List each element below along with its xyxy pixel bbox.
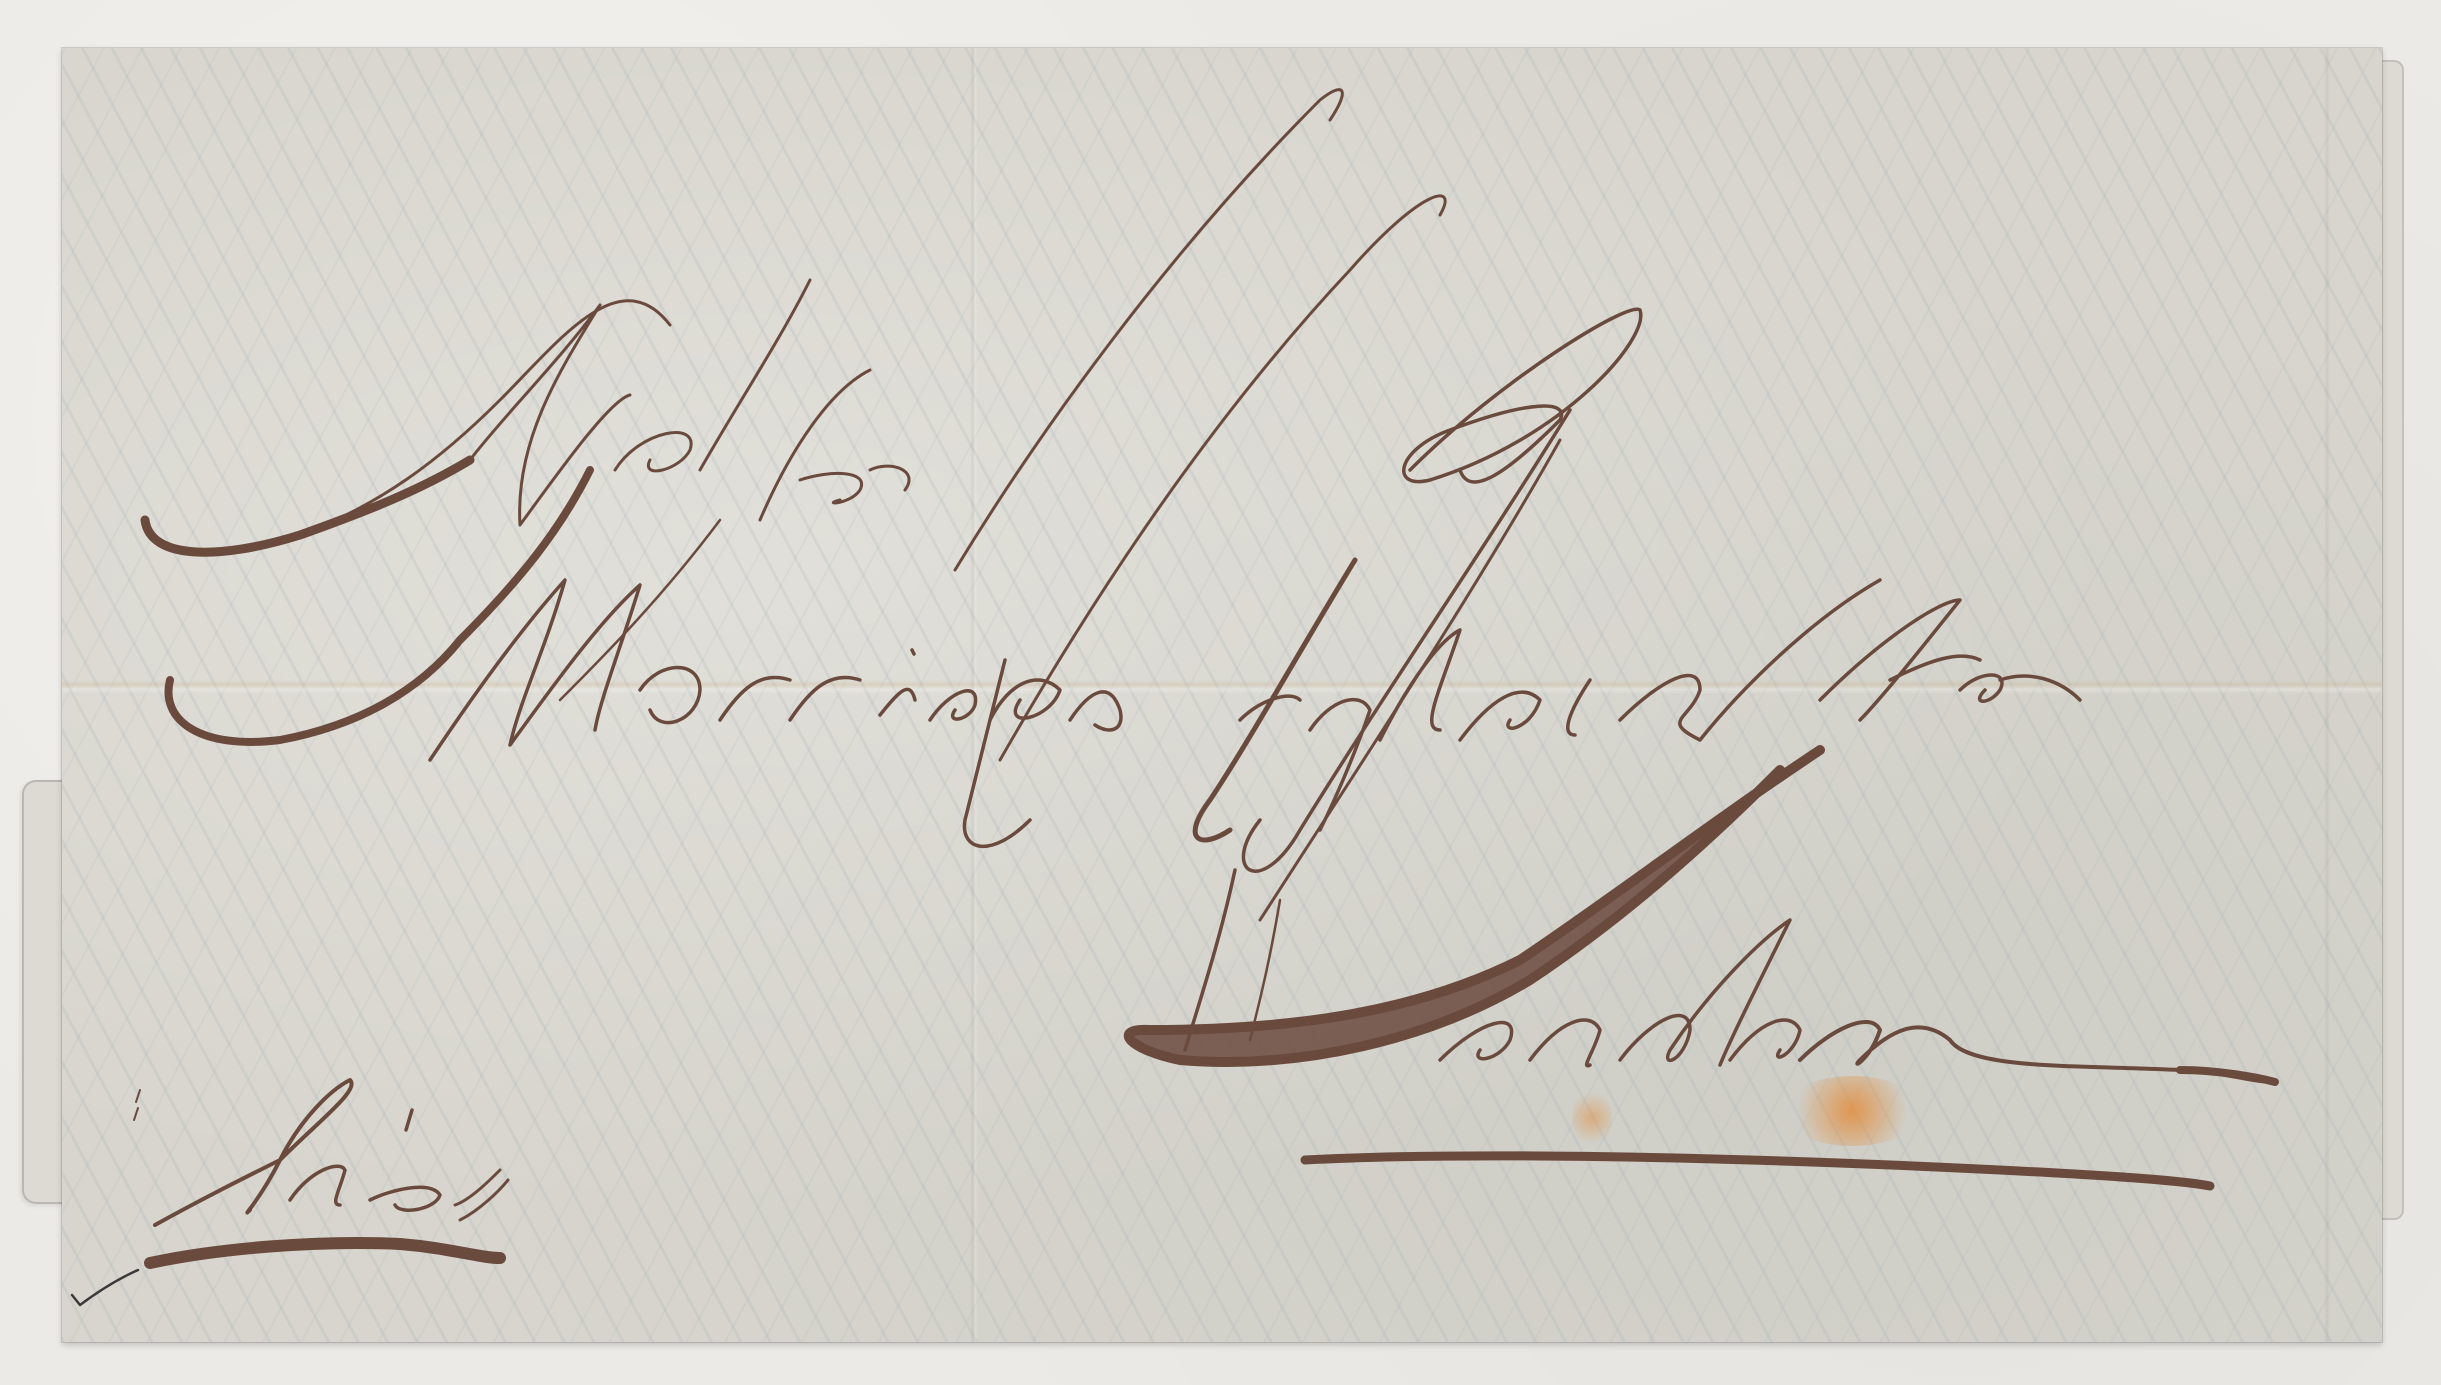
- handwriting-insd: [134, 1080, 508, 1263]
- handwriting-london: [1129, 750, 2275, 1082]
- handwriting-layer: [0, 0, 2441, 1385]
- handwriting-messrs: [145, 280, 909, 700]
- handwriting-cryder-co: [1195, 560, 2080, 840]
- rate-mark-1-9: [955, 90, 1641, 920]
- check-mark: [72, 1270, 138, 1305]
- london-underline: [1305, 1156, 2210, 1186]
